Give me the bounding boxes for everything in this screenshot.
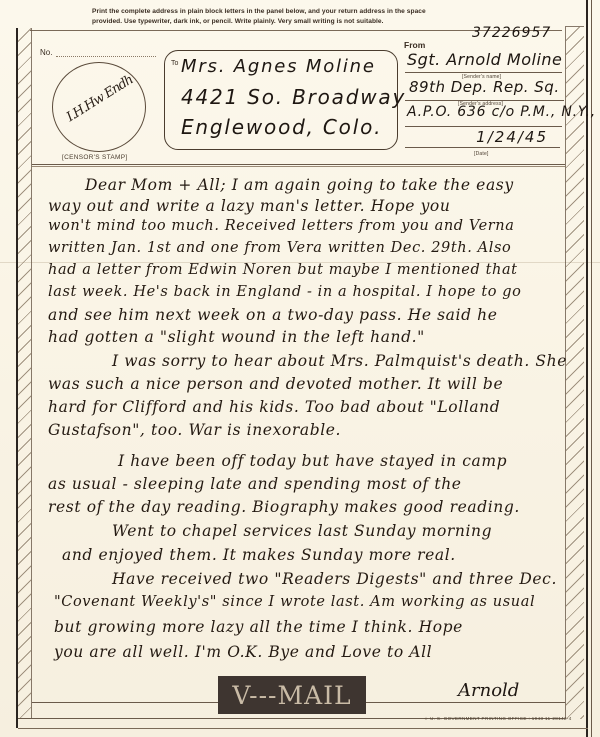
letter-line: won't mind too much. Received letters fr… [48,218,514,234]
letter-line: Went to chapel services last Sunday morn… [112,522,492,540]
letter-line: and see him next week on a two-day pass.… [48,306,497,324]
sender-name: Sgt. Arnold Moline [405,50,562,73]
right-hatched-margin [565,26,584,719]
letter-line: rest of the day reading. Biography makes… [48,498,520,516]
from-label: From [404,40,425,50]
sender-serial-number: 37226957 [472,25,551,41]
recipient-address-panel: To Mrs. Agnes Moline 4421 So. Broadway E… [164,50,398,150]
to-label: To [171,60,178,67]
letter-line: hard for Clifford and his kids. Too bad … [48,398,500,416]
letter-line: you are all well. I'm O.K. Bye and Love … [54,643,432,661]
letter-line: had a letter from Edwin Noren but maybe … [48,262,518,278]
letter-line: way out and write a lazy man's letter. H… [48,197,450,215]
left-hatched-margin [18,28,32,718]
letter-line: last week. He's back in England - in a h… [48,284,522,300]
bottom-border [18,728,588,729]
letter-line: but growing more lazy all the time I thi… [54,618,463,636]
recipient-street: 4421 So. Broadway [181,85,406,109]
date-caption: [Date] [474,151,489,157]
letter-line: "Covenant Weekly's" since I wrote last. … [54,594,535,610]
sender-apo: A.P.O. 636 c/o P.M., N.Y., N.Y. [405,104,562,127]
letter-line: Have received two "Readers Digests" and … [112,570,557,588]
letter-line: Gustafson", too. War is inexorable. [48,421,341,439]
letter-line: as usual - sleeping late and spending mo… [48,475,462,493]
letter-line: written Jan. 1st and one from Vera writt… [48,240,511,256]
censor-stamp-label: [CENSOR'S STAMP] [62,154,128,161]
letter-date: 1/24/45 [405,128,560,148]
header-divider [32,164,565,165]
vmail-badge-text: V---MAIL [232,681,351,710]
number-label: No. [40,48,52,57]
letter-line: I was sorry to hear about Mrs. Palmquist… [112,352,567,370]
letter-line: and enjoyed them. It makes Sunday more r… [62,546,456,564]
vmail-letter-sheet: Print the complete address in plain bloc… [0,0,600,737]
header-divider-secondary [32,166,565,167]
number-field-line [56,55,156,57]
letter-line: I have been off today but have stayed in… [118,452,507,470]
letter-line: was such a nice person and devoted mothe… [48,375,503,393]
sender-unit: 89th Dep. Rep. Sq. [405,78,564,101]
printer-imprint: ☆ U. S. GOVERNMENT PRINTING OFFICE : 194… [424,716,572,722]
letter-line: Dear Mom + All; I am again going to take… [85,176,514,194]
recipient-city: Englewood, Colo. [181,115,382,139]
vmail-badge: V---MAIL [218,676,366,714]
signature: Arnold [458,680,519,701]
form-instructions: Print the complete address in plain bloc… [92,7,432,26]
letter-line: had gotten a "slight wound in the left h… [48,328,425,346]
recipient-name: Mrs. Agnes Moline [181,56,376,77]
